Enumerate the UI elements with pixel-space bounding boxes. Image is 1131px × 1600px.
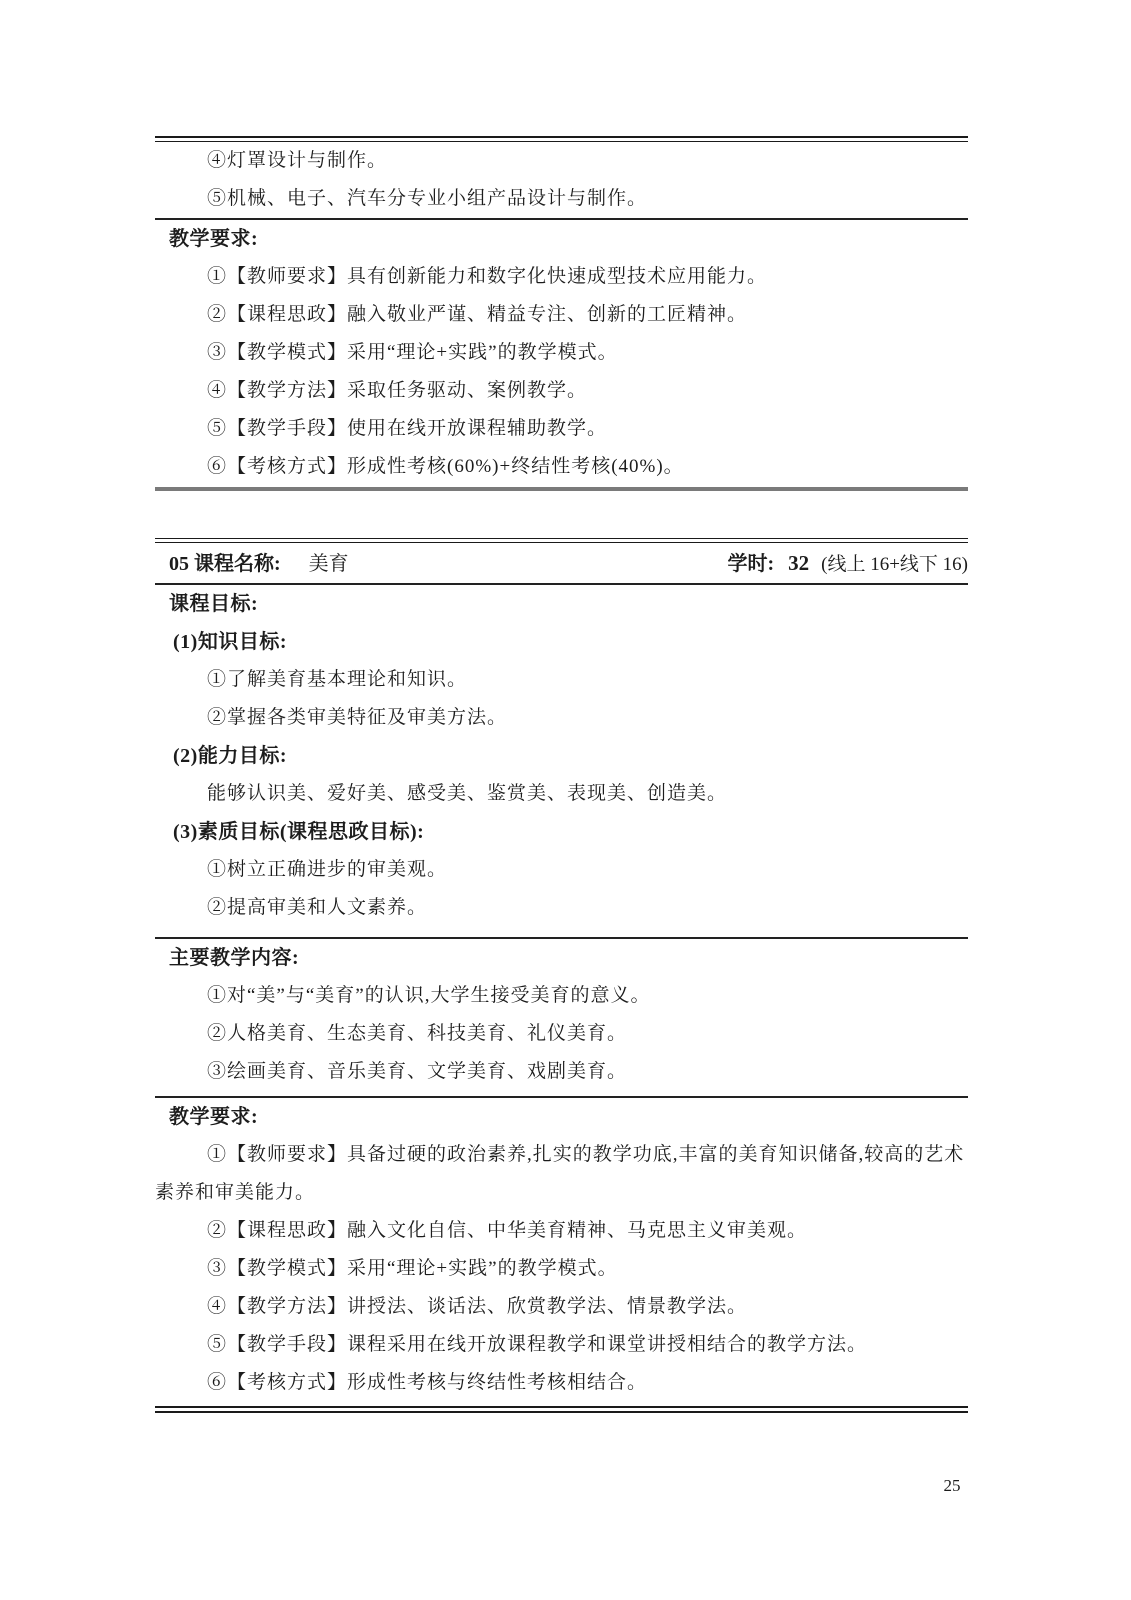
- course-objectives-heading: 课程目标:: [155, 585, 968, 623]
- teaching-requirements-heading: 教学要求:: [155, 1098, 968, 1136]
- hours-label: 学时:: [727, 544, 774, 584]
- requirement-item: ③【教学模式】采用“理论+实践”的教学模式。: [155, 1250, 968, 1288]
- objective-group-heading: (1)知识目标:: [155, 623, 968, 661]
- requirement-item: ⑤【教学手段】课程采用在线开放课程教学和课堂讲授相结合的教学方法。: [155, 1326, 968, 1364]
- requirement-item: ②【课程思政】融入敬业严谨、精益专注、创新的工匠精神。: [155, 296, 968, 334]
- objective-item: ①了解美育基本理论和知识。: [155, 661, 968, 699]
- content-item: ⑤机械、电子、汽车分专业小组产品设计与制作。: [155, 180, 968, 218]
- requirement-item: ①【教师要求】具备过硬的政治素养,扎实的教学功底,丰富的美育知识储备,较高的艺术…: [155, 1136, 968, 1212]
- main-content-heading: 主要教学内容:: [155, 939, 968, 977]
- objective-item: ②提高审美和人文素养。: [155, 889, 968, 927]
- course-number-label: 05 课程名称:: [169, 544, 281, 584]
- requirement-item: ④【教学方法】采取任务驱动、案例教学。: [155, 372, 968, 410]
- hours-value: 32: [788, 543, 809, 583]
- requirement-item: ⑤【教学手段】使用在线开放课程辅助教学。: [155, 410, 968, 448]
- requirement-item: ⑥【考核方式】形成性考核(60%)+终结性考核(40%)。: [155, 448, 968, 486]
- prev-course-section: ④灯罩设计与制作。 ⑤机械、电子、汽车分专业小组产品设计与制作。 教学要求: ①…: [155, 136, 968, 486]
- requirement-item: ①【教师要求】具有创新能力和数字化快速成型技术应用能力。: [155, 258, 968, 296]
- requirement-item: ④【教学方法】讲授法、谈话法、欣赏教学法、情景教学法。: [155, 1288, 968, 1326]
- teaching-requirements-heading: 教学要求:: [155, 220, 968, 258]
- course-05-section: 05 课程名称: 美育 学时: 32 (线上 16+线下 16) 课程目标: (…: [155, 538, 968, 1413]
- content-item: ①对“美”与“美育”的认识,大学生接受美育的意义。: [155, 977, 968, 1015]
- objective-group-heading: (3)素质目标(课程思政目标):: [155, 813, 968, 851]
- content-item: ③绘画美育、音乐美育、文学美育、戏剧美育。: [155, 1053, 968, 1091]
- content-item: ④灯罩设计与制作。: [155, 142, 968, 180]
- table-bottom-border: [155, 1406, 968, 1413]
- document-page: { "page": { "number": "25", "background"…: [0, 0, 1131, 1600]
- objective-item: ②掌握各类审美特征及审美方法。: [155, 699, 968, 737]
- content-item: ②人格美育、生态美育、科技美育、礼仪美育。: [155, 1015, 968, 1053]
- page-number: 25: [928, 1476, 976, 1496]
- requirement-item: ⑥【考核方式】形成性考核与终结性考核相结合。: [155, 1364, 968, 1402]
- table-bottom-thick-border: [155, 487, 968, 491]
- objective-item: 能够认识美、爱好美、感受美、鉴赏美、表现美、创造美。: [155, 775, 968, 813]
- requirement-item: ②【课程思政】融入文化自信、中华美育精神、马克思主义审美观。: [155, 1212, 968, 1250]
- course-header-row: 05 课程名称: 美育 学时: 32 (线上 16+线下 16): [155, 543, 968, 583]
- hours-detail: (线上 16+线下 16): [821, 545, 968, 585]
- requirement-item: ③【教学模式】采用“理论+实践”的教学模式。: [155, 334, 968, 372]
- objective-group-heading: (2)能力目标:: [155, 737, 968, 775]
- course-name: 美育: [309, 544, 349, 584]
- objective-item: ①树立正确进步的审美观。: [155, 851, 968, 889]
